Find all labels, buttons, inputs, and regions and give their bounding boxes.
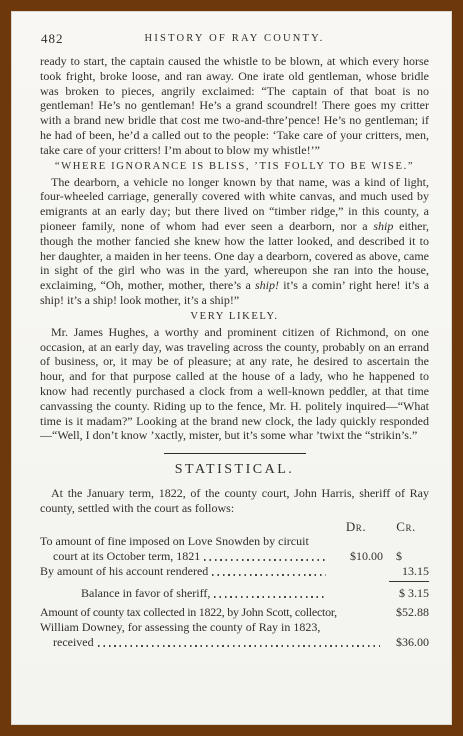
italic-word-ship: ship <box>373 219 393 233</box>
table-row-sum-rule <box>40 579 429 586</box>
balance-label-wrap: Balance in favor of sheriff, <box>40 586 329 601</box>
paragraph-hughes: Mr. James Hughes, a worthy and prominent… <box>40 325 429 443</box>
table-header-row: Dr. Cr. <box>40 519 429 534</box>
rule-cr-wrap <box>383 579 429 580</box>
account-cr-amount: 13.15 <box>383 564 429 579</box>
paragraph-steamboat: ready to start, the captain caused the w… <box>40 54 429 158</box>
table-row-downey-line2: received $36.00 <box>40 635 429 650</box>
heading-statistical: STATISTICAL. <box>40 462 429 478</box>
table-row-account: By amount of his account rendered 13.15 <box>40 564 429 579</box>
dot-leader <box>98 645 380 647</box>
balance-label: Balance in favor of sheriff, <box>81 586 210 601</box>
heading-ignorance: “WHERE IGNORANCE IS BLISS, ’TIS FOLLY TO… <box>40 161 429 172</box>
table-row-downey-line1: William Downey, for assessing the county… <box>40 620 429 635</box>
statistical-intro: At the January term, 1822, of the county… <box>40 486 429 516</box>
sum-rule <box>389 581 429 582</box>
table-row-balance: Balance in favor of sheriff, $ 3.15 <box>40 586 429 601</box>
section-divider-rule <box>164 453 306 454</box>
balance-cr-amount: $ 3.15 <box>383 586 429 601</box>
account-label: By amount of his account rendered <box>40 564 208 579</box>
fine-label-line2-wrap: court at its October term, 1821 <box>40 549 329 564</box>
fine-label-line1: To amount of fine imposed on Love Snowde… <box>40 534 429 549</box>
fine-label-line2: court at its October term, 1821 <box>53 549 200 564</box>
financial-table: Dr. Cr. To amount of fine imposed on Lov… <box>40 519 429 650</box>
book-page-frame: 482 HISTORY OF RAY COUNTY. ready to star… <box>0 0 463 736</box>
book-page: 482 HISTORY OF RAY COUNTY. ready to star… <box>11 11 452 725</box>
page-header: 482 HISTORY OF RAY COUNTY. <box>40 31 429 47</box>
dot-leader <box>204 559 326 561</box>
column-header-dr: Dr. <box>329 519 383 534</box>
downey-label-line1: William Downey, for assessing the county… <box>40 620 429 635</box>
paragraph-dearborn: The dearborn, a vehicle no longer known … <box>40 175 429 308</box>
paragraph-dearborn-text-1: The dearborn, a vehicle no longer known … <box>40 175 429 233</box>
table-row-fine-line1: To amount of fine imposed on Love Snowde… <box>40 534 429 549</box>
account-label-wrap: By amount of his account rendered <box>40 564 329 579</box>
heading-very-likely: VERY LIKELY. <box>40 311 429 322</box>
table-row-fine-line2: court at its October term, 1821 $10.00 $ <box>40 549 429 564</box>
tax-amount: $52.88 <box>383 605 429 620</box>
table-row-tax: Amount of county tax collected in 1822, … <box>40 605 429 620</box>
dot-leader <box>212 574 326 576</box>
downey-amount: $36.00 <box>383 635 429 650</box>
fine-dr-amount: $10.00 <box>329 549 383 564</box>
running-title: HISTORY OF RAY COUNTY. <box>40 33 429 44</box>
tax-label: Amount of county tax collected in 1822, … <box>40 605 383 620</box>
downey-label-line2: received <box>53 635 94 650</box>
downey-label-line2-wrap: received <box>40 635 383 650</box>
italic-word-ship-2: ship! <box>255 278 279 292</box>
fine-cr-amount: $ <box>383 549 429 564</box>
column-header-cr: Cr. <box>383 519 429 534</box>
dot-leader <box>214 596 326 598</box>
